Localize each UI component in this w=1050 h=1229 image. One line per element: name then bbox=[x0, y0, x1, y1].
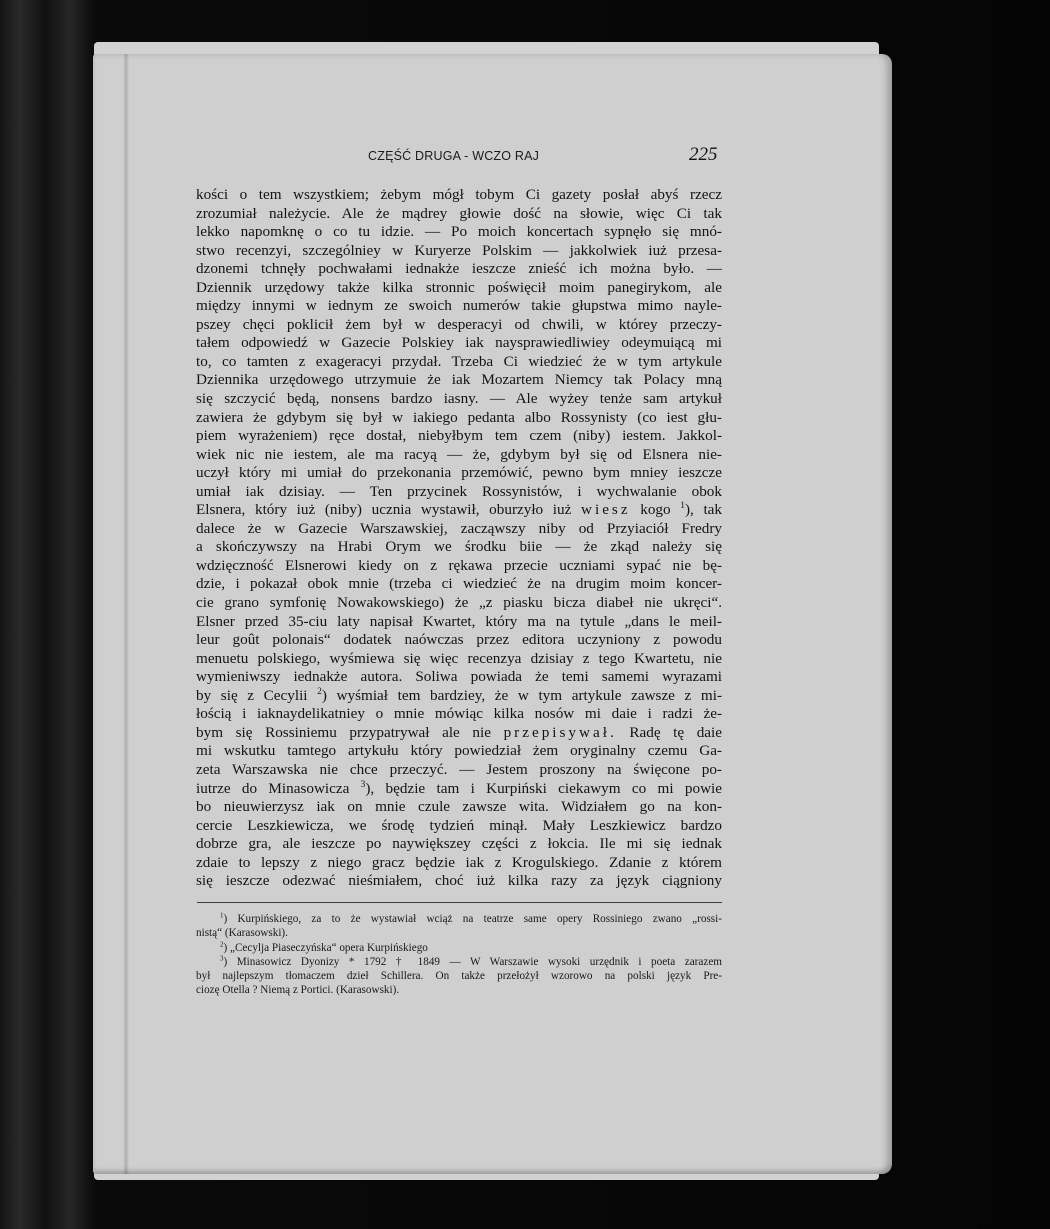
text-line: dobrze gra, ale ieszcze po nayw​iększey … bbox=[196, 835, 722, 854]
text-line: dzonemi tchnęły pochwałami iednakże iesz… bbox=[196, 260, 722, 279]
text-line: bym się Rossiniemu przypatrywał ale nie … bbox=[196, 724, 722, 743]
text-line: tałem odpowiedź w Gazecie Polskiey iak n… bbox=[196, 334, 722, 353]
running-head: CZĘŚĆ DRUGA - WCZO RAJ 225 bbox=[0, 146, 1050, 170]
text-segment: ), tak bbox=[685, 501, 722, 518]
text-line: dalece że w Gazecie Warszawskiej, zacząw… bbox=[196, 520, 722, 539]
text-segment: bym się Rossiniemu przypatrywał ale nie bbox=[196, 724, 491, 741]
text-segment: iutrze do Minasowicza bbox=[196, 780, 349, 797]
text-line: między innymi w iednym ze swoich numerów… bbox=[196, 297, 722, 316]
footnotes: 1) Kurpińskiego, za to że wystawiał wcią… bbox=[196, 912, 722, 998]
text-line: Dziennik urzędowy także kilka stronnic p… bbox=[196, 279, 722, 298]
text-line: zdaie to lepszy z niego gracz będzie iak… bbox=[196, 854, 722, 873]
chapter-title: CZĘŚĆ DRUGA - WCZO RAJ bbox=[368, 149, 539, 163]
text-line: stwo recenzyi, szczególniey w Kuryerze P… bbox=[196, 242, 722, 261]
text-line: Elsner przed 35-ciu laty napisał Kwartet… bbox=[196, 613, 722, 632]
text-line: lekko napomknę o co tu idzie. — Po moich… bbox=[196, 223, 722, 242]
text-segment: Radę tę daie bbox=[629, 724, 722, 741]
text-line: menuetu polskiego, wyśmiewa się więc rec… bbox=[196, 650, 722, 669]
footnote-text: ) „Cecylja Piaseczyńska“ opera Kurpiński… bbox=[223, 942, 427, 954]
text-line: Elsnera, który iuż (niby) ucznia wystawi… bbox=[196, 501, 722, 520]
text-line: by się z Cecylii 2) wyśmiał tem bardziey… bbox=[196, 687, 722, 706]
text-line: pszey chęci poklicił żem był w desperacy… bbox=[196, 316, 722, 335]
text-line: piem wyrażeniem) ręce dostał, niebyłbym … bbox=[196, 427, 722, 446]
text-line: kości o tem wszystkiem; żebym mógł tobym… bbox=[196, 186, 722, 205]
text-line: iutrze do Minasowicza 3), będzie tam i K… bbox=[196, 780, 722, 799]
text-line: wdzięczność Elsnerowi kiedy on z rękawa … bbox=[196, 557, 722, 576]
text-line: a skończywszy na Hrabi Orym we środku bi… bbox=[196, 538, 722, 557]
footnote-text: ) Minasowicz Dyonizy * 1792 † 1849 — W W… bbox=[223, 956, 722, 968]
footnote-3: 3) Minasowicz Dyonizy * 1792 † 1849 — W … bbox=[196, 955, 722, 969]
text-segment: Elsnera, który iuż (niby) ucznia wystawi… bbox=[196, 501, 571, 518]
footnote-1: 1) Kurpińskiego, za to że wystawiał wcią… bbox=[196, 912, 722, 926]
text-line: wymieniwszy iednakże autora. Soliwa powi… bbox=[196, 668, 722, 687]
text-line: umiał iak dzisiay. — Ten przycinek Rossy… bbox=[196, 483, 722, 502]
text-line: się szczycić będą, nonsens bardzo iasny.… bbox=[196, 390, 722, 409]
footnote-3-cont: był najlepszym tłomaczem dzieł Schillera… bbox=[196, 969, 722, 983]
footnote-text: ) Kurpińskiego, za to że wystawiał wciąż… bbox=[223, 913, 722, 925]
text-segment: ) wyśmiał tem bardziey, że w tym artykul… bbox=[322, 687, 722, 704]
text-segment: by się z Cecylii bbox=[196, 687, 308, 704]
text-line: uczył który mi umiał do przekonania prze… bbox=[196, 464, 722, 483]
text-line: wiek nic nie iestem, ale ma racyą — że, … bbox=[196, 446, 722, 465]
text-line: Dziennika urzędowego utrzymuie że iak Mo… bbox=[196, 371, 722, 390]
text-line: mi wskutku tamtego artykułu który powied… bbox=[196, 742, 722, 761]
text-line: bo nieuwierzysz iak on mnie czule zawsze… bbox=[196, 798, 722, 817]
text-line: cercie Leszkiewicza, we środę tydzień mi… bbox=[196, 817, 722, 836]
text-line: dzie, i pokazał obok mnie (trzeba ci wie… bbox=[196, 575, 722, 594]
page-gutter-shadow bbox=[123, 54, 129, 1174]
text-segment: ), będzie tam i Kurpiński ciekawym co mi… bbox=[365, 780, 722, 797]
body-text: kości o tem wszystkiem; żebym mógł tobym… bbox=[196, 186, 722, 891]
text-line: się ieszcze odezwać nieśmiałem, choć iuż… bbox=[196, 872, 722, 891]
text-segment: kogo bbox=[640, 501, 670, 518]
footnote-3-cont: ciozę Otella ? Niemą z Portici. (Karasow… bbox=[196, 983, 722, 997]
text-line: zeta Warszawska nie chce przeczyć. — Jes… bbox=[196, 761, 722, 780]
text-line: leur goût polonais“ dodatek naówczas prz… bbox=[196, 631, 722, 650]
text-line: cie grano symfonię Nowakowskiego) że „z … bbox=[196, 594, 722, 613]
footnote-2: 2) „Cecylja Piaseczyńska“ opera Kurpińsk… bbox=[196, 941, 722, 955]
footnote-divider bbox=[197, 902, 722, 903]
text-line: zawiera że gdybym się był w iakiego peda… bbox=[196, 409, 722, 428]
text-line: łością i iaknaydelikatniey o mnie mówiąc… bbox=[196, 705, 722, 724]
text-line: to, co tamten z exageracyi przydał. Trze… bbox=[196, 353, 722, 372]
spaced-emphasis: przepisywał. bbox=[504, 724, 617, 741]
footnote-1-cont: nistą“ (Karasowski). bbox=[196, 926, 722, 940]
text-line: zrozumiał należycie. Ale że mądrey głowi… bbox=[196, 205, 722, 224]
page-number: 225 bbox=[689, 144, 718, 166]
spaced-emphasis: wiesz bbox=[581, 501, 631, 518]
